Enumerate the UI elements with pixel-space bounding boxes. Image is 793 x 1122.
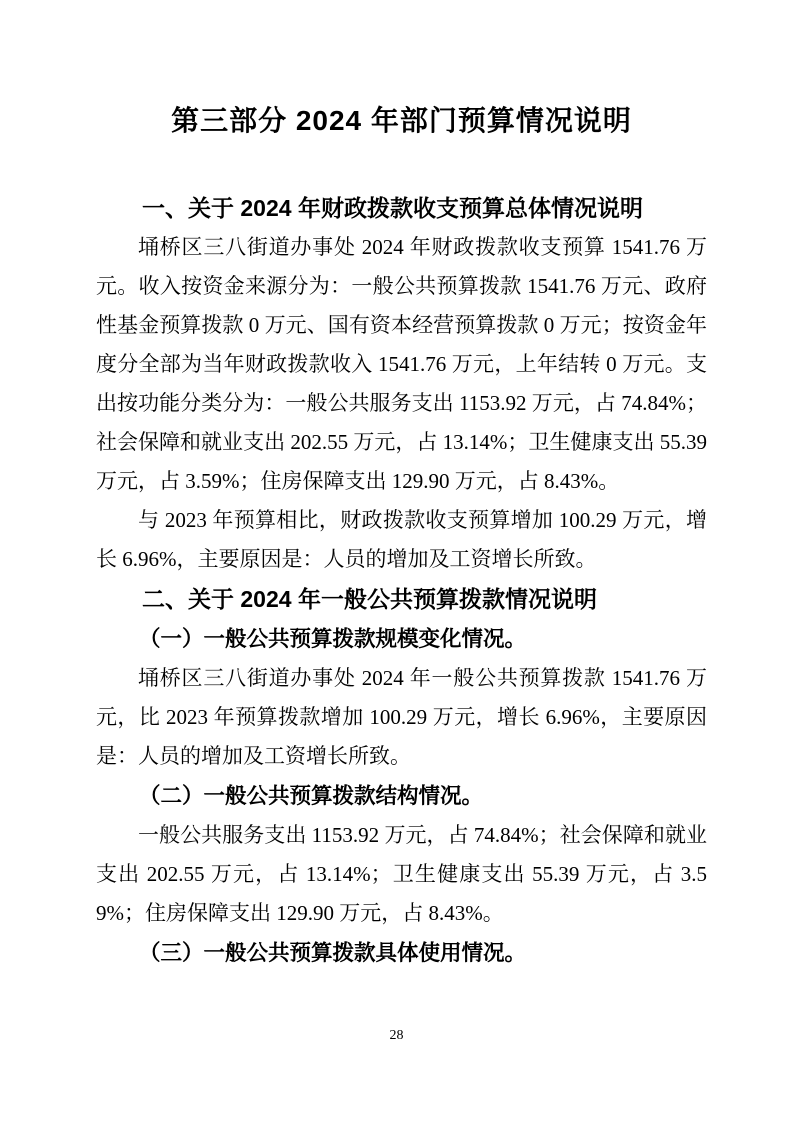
subsection-heading-structure: （二）一般公共预算拨款结构情况。 — [96, 776, 707, 816]
subsection-heading-scale-change: （一）一般公共预算拨款规模变化情况。 — [96, 619, 707, 659]
section-heading-general-public-budget: 二、关于 2024 年一般公共预算拨款情况说明 — [96, 579, 707, 619]
page-number: 28 — [0, 1028, 793, 1044]
paragraph-fiscal-appropriation-overview: 埇桥区三八街道办事处 2024 年财政拨款收支预算 1541.76 万元。收入按… — [96, 228, 707, 501]
paragraph-scale-change: 埇桥区三八街道办事处 2024 年一般公共预算拨款 1541.76 万元，比 2… — [96, 659, 707, 776]
section-heading-fiscal-appropriation-overview: 一、关于 2024 年财政拨款收支预算总体情况说明 — [96, 188, 707, 228]
subsection-heading-specific-usage: （三）一般公共预算拨款具体使用情况。 — [96, 933, 707, 973]
paragraph-structure: 一般公共服务支出 1153.92 万元，占 74.84%；社会保障和就业支出 2… — [96, 816, 707, 933]
document-content: 第三部分 2024 年部门预算情况说明 一、关于 2024 年财政拨款收支预算总… — [0, 0, 793, 973]
document-title: 第三部分 2024 年部门预算情况说明 — [96, 103, 707, 138]
paragraph-comparison-with-2023: 与 2023 年预算相比，财政拨款收支预算增加 100.29 万元，增长 6.9… — [96, 501, 707, 579]
document-page: 第三部分 2024 年部门预算情况说明 一、关于 2024 年财政拨款收支预算总… — [0, 0, 793, 1122]
